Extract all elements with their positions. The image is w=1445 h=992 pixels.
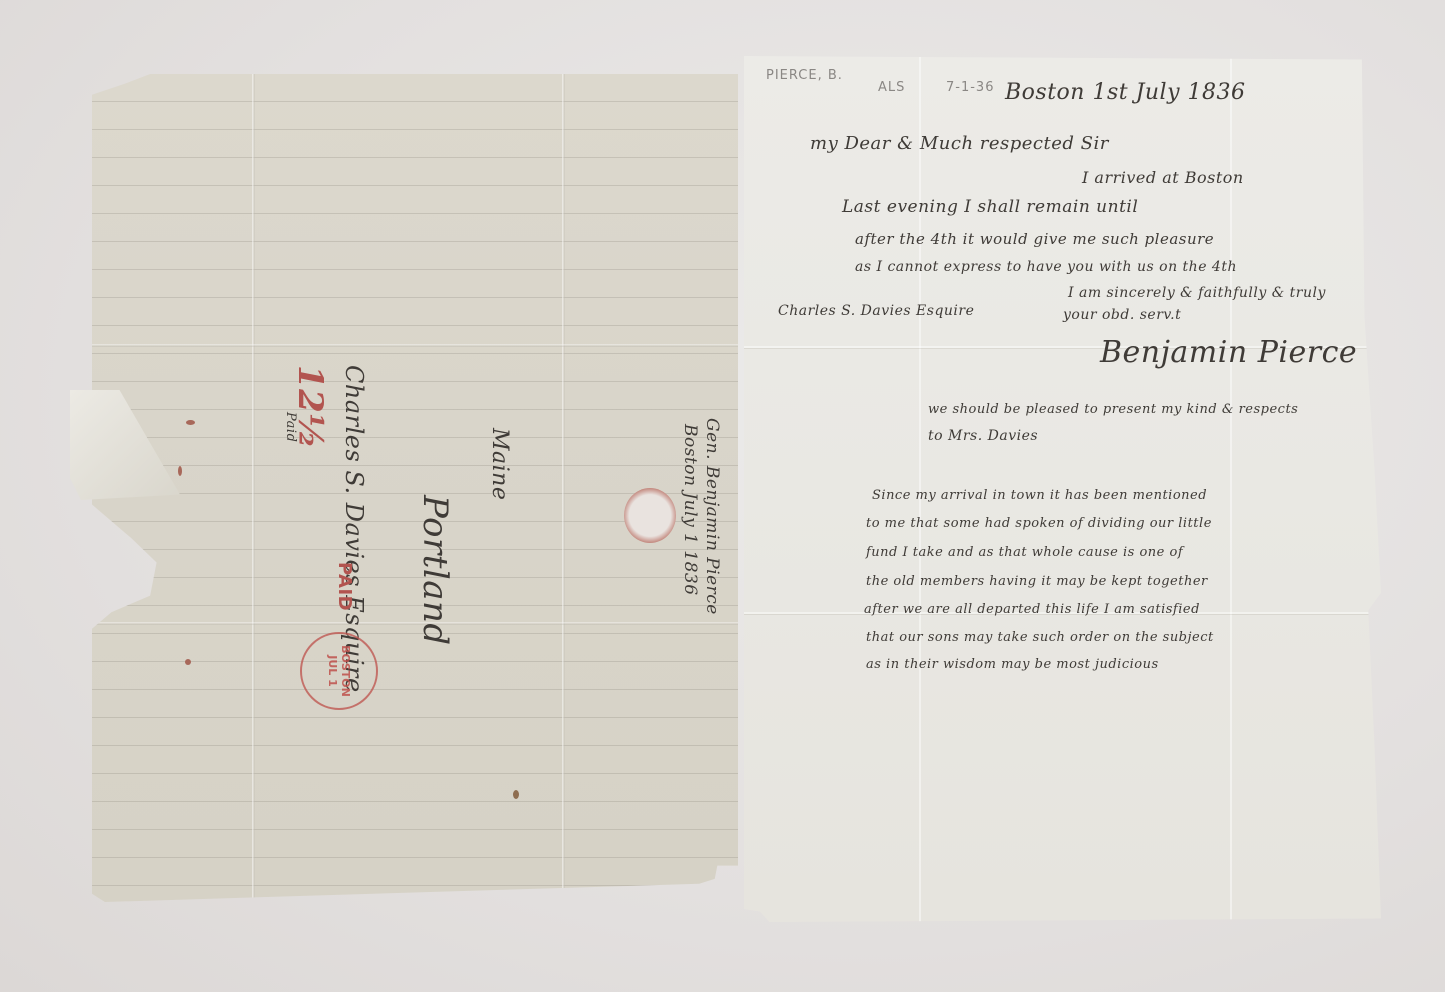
cover-address-city: Portland	[415, 495, 455, 646]
ink-stain	[178, 466, 182, 476]
dateline: Boston 1st July 1836	[1005, 80, 1246, 105]
postscript-line: we should be pleased to present my kind …	[928, 402, 1298, 417]
ink-stain	[513, 790, 519, 799]
paragraph-line: the old members having it may be kept to…	[866, 574, 1208, 589]
fold-line	[92, 344, 738, 347]
ink-stain	[185, 659, 191, 665]
closing-line: your obd. serv.t	[1063, 307, 1181, 323]
salutation: my Dear & Much respected Sir	[810, 133, 1109, 154]
body-line: I arrived at Boston	[1082, 168, 1244, 187]
letter-cover-page	[92, 74, 738, 902]
ruled-lines	[92, 74, 738, 902]
paragraph-line: fund I take and as that whole cause is o…	[866, 545, 1183, 560]
boston-postmark: BOSTON JUL 1	[300, 632, 378, 710]
fold-line	[252, 74, 255, 902]
body-line: as I cannot express to have you with us …	[855, 259, 1237, 275]
paragraph-line: that our sons may take such order on the…	[866, 630, 1214, 645]
signature: Benjamin Pierce	[1100, 335, 1357, 370]
fold-line	[562, 74, 565, 902]
body-line: Last evening I shall remain until	[842, 197, 1138, 217]
closing-line: I am sincerely & faithfully & truly	[1068, 285, 1326, 301]
archival-type: ALS	[878, 80, 905, 95]
paid-stamp: PAID	[334, 562, 355, 611]
paragraph-line: Since my arrival in town it has been men…	[872, 488, 1207, 503]
archival-date: 7-1-36	[946, 80, 994, 95]
body-line: after the 4th it would give me such plea…	[855, 230, 1214, 248]
docket-line-1: Gen. Benjamin Pierce	[702, 418, 722, 615]
wax-seal-mark	[624, 488, 676, 543]
paragraph-line: to me that some had spoken of dividing o…	[866, 516, 1212, 531]
ink-stain	[186, 420, 195, 425]
paragraph-line: after we are all departed this life I am…	[864, 602, 1200, 617]
paragraph-line: as in their wisdom may be most judicious	[866, 657, 1159, 672]
rate-mark: 12½	[290, 365, 330, 449]
docket-line-2: Boston July 1 1836	[680, 424, 700, 596]
addressee-name: Charles S. Davies Esquire	[778, 303, 974, 319]
postscript-line: to Mrs. Davies	[928, 428, 1038, 444]
cover-address-state: Maine	[487, 428, 512, 500]
archival-name: PIERCE, B.	[766, 68, 843, 83]
